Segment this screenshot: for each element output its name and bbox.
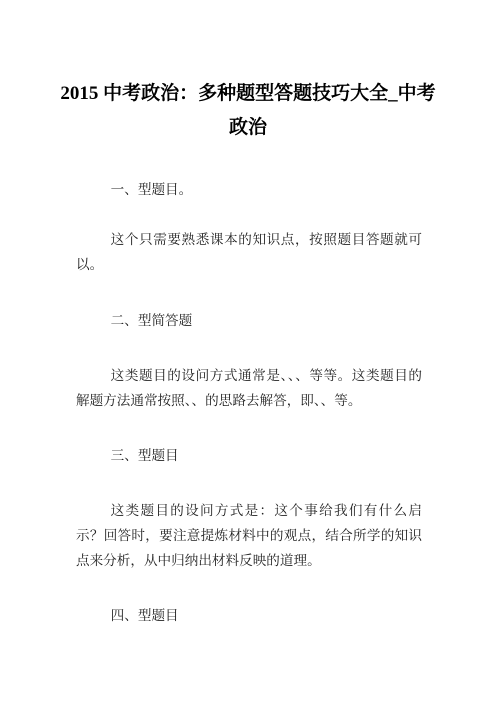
spacer <box>76 414 422 444</box>
spacer <box>76 334 422 364</box>
spacer <box>76 203 422 228</box>
document-body: 一、型题目。 这个只需要熟悉课本的知识点，按照题目答题就可以。 二、型简答题 这… <box>76 178 422 629</box>
spacer <box>76 574 422 604</box>
section-heading-2: 二、型简答题 <box>76 309 422 334</box>
spacer <box>76 469 422 499</box>
section-heading-3: 三、型题目 <box>76 444 422 469</box>
section-body-2: 这类题目的设问方式通常是、、、等等。这类题目的解题方法通常按照、、的思路去解答，… <box>76 364 422 414</box>
section-body-3: 这类题目的设问方式是：这个事给我们有什么启示？回答时，要注意提炼材料中的观点，结… <box>76 499 422 574</box>
section-heading-4: 四、型题目 <box>76 604 422 629</box>
spacer <box>76 278 422 303</box>
section-heading-1: 一、型题目。 <box>76 178 422 203</box>
document-title: 2015 中考政治：多种题型答题技巧大全_中考政治 <box>60 77 436 145</box>
section-body-1: 这个只需要熟悉课本的知识点，按照题目答题就可以。 <box>76 228 422 278</box>
document-page: 2015 中考政治：多种题型答题技巧大全_中考政治 一、型题目。 这个只需要熟悉… <box>0 0 496 702</box>
